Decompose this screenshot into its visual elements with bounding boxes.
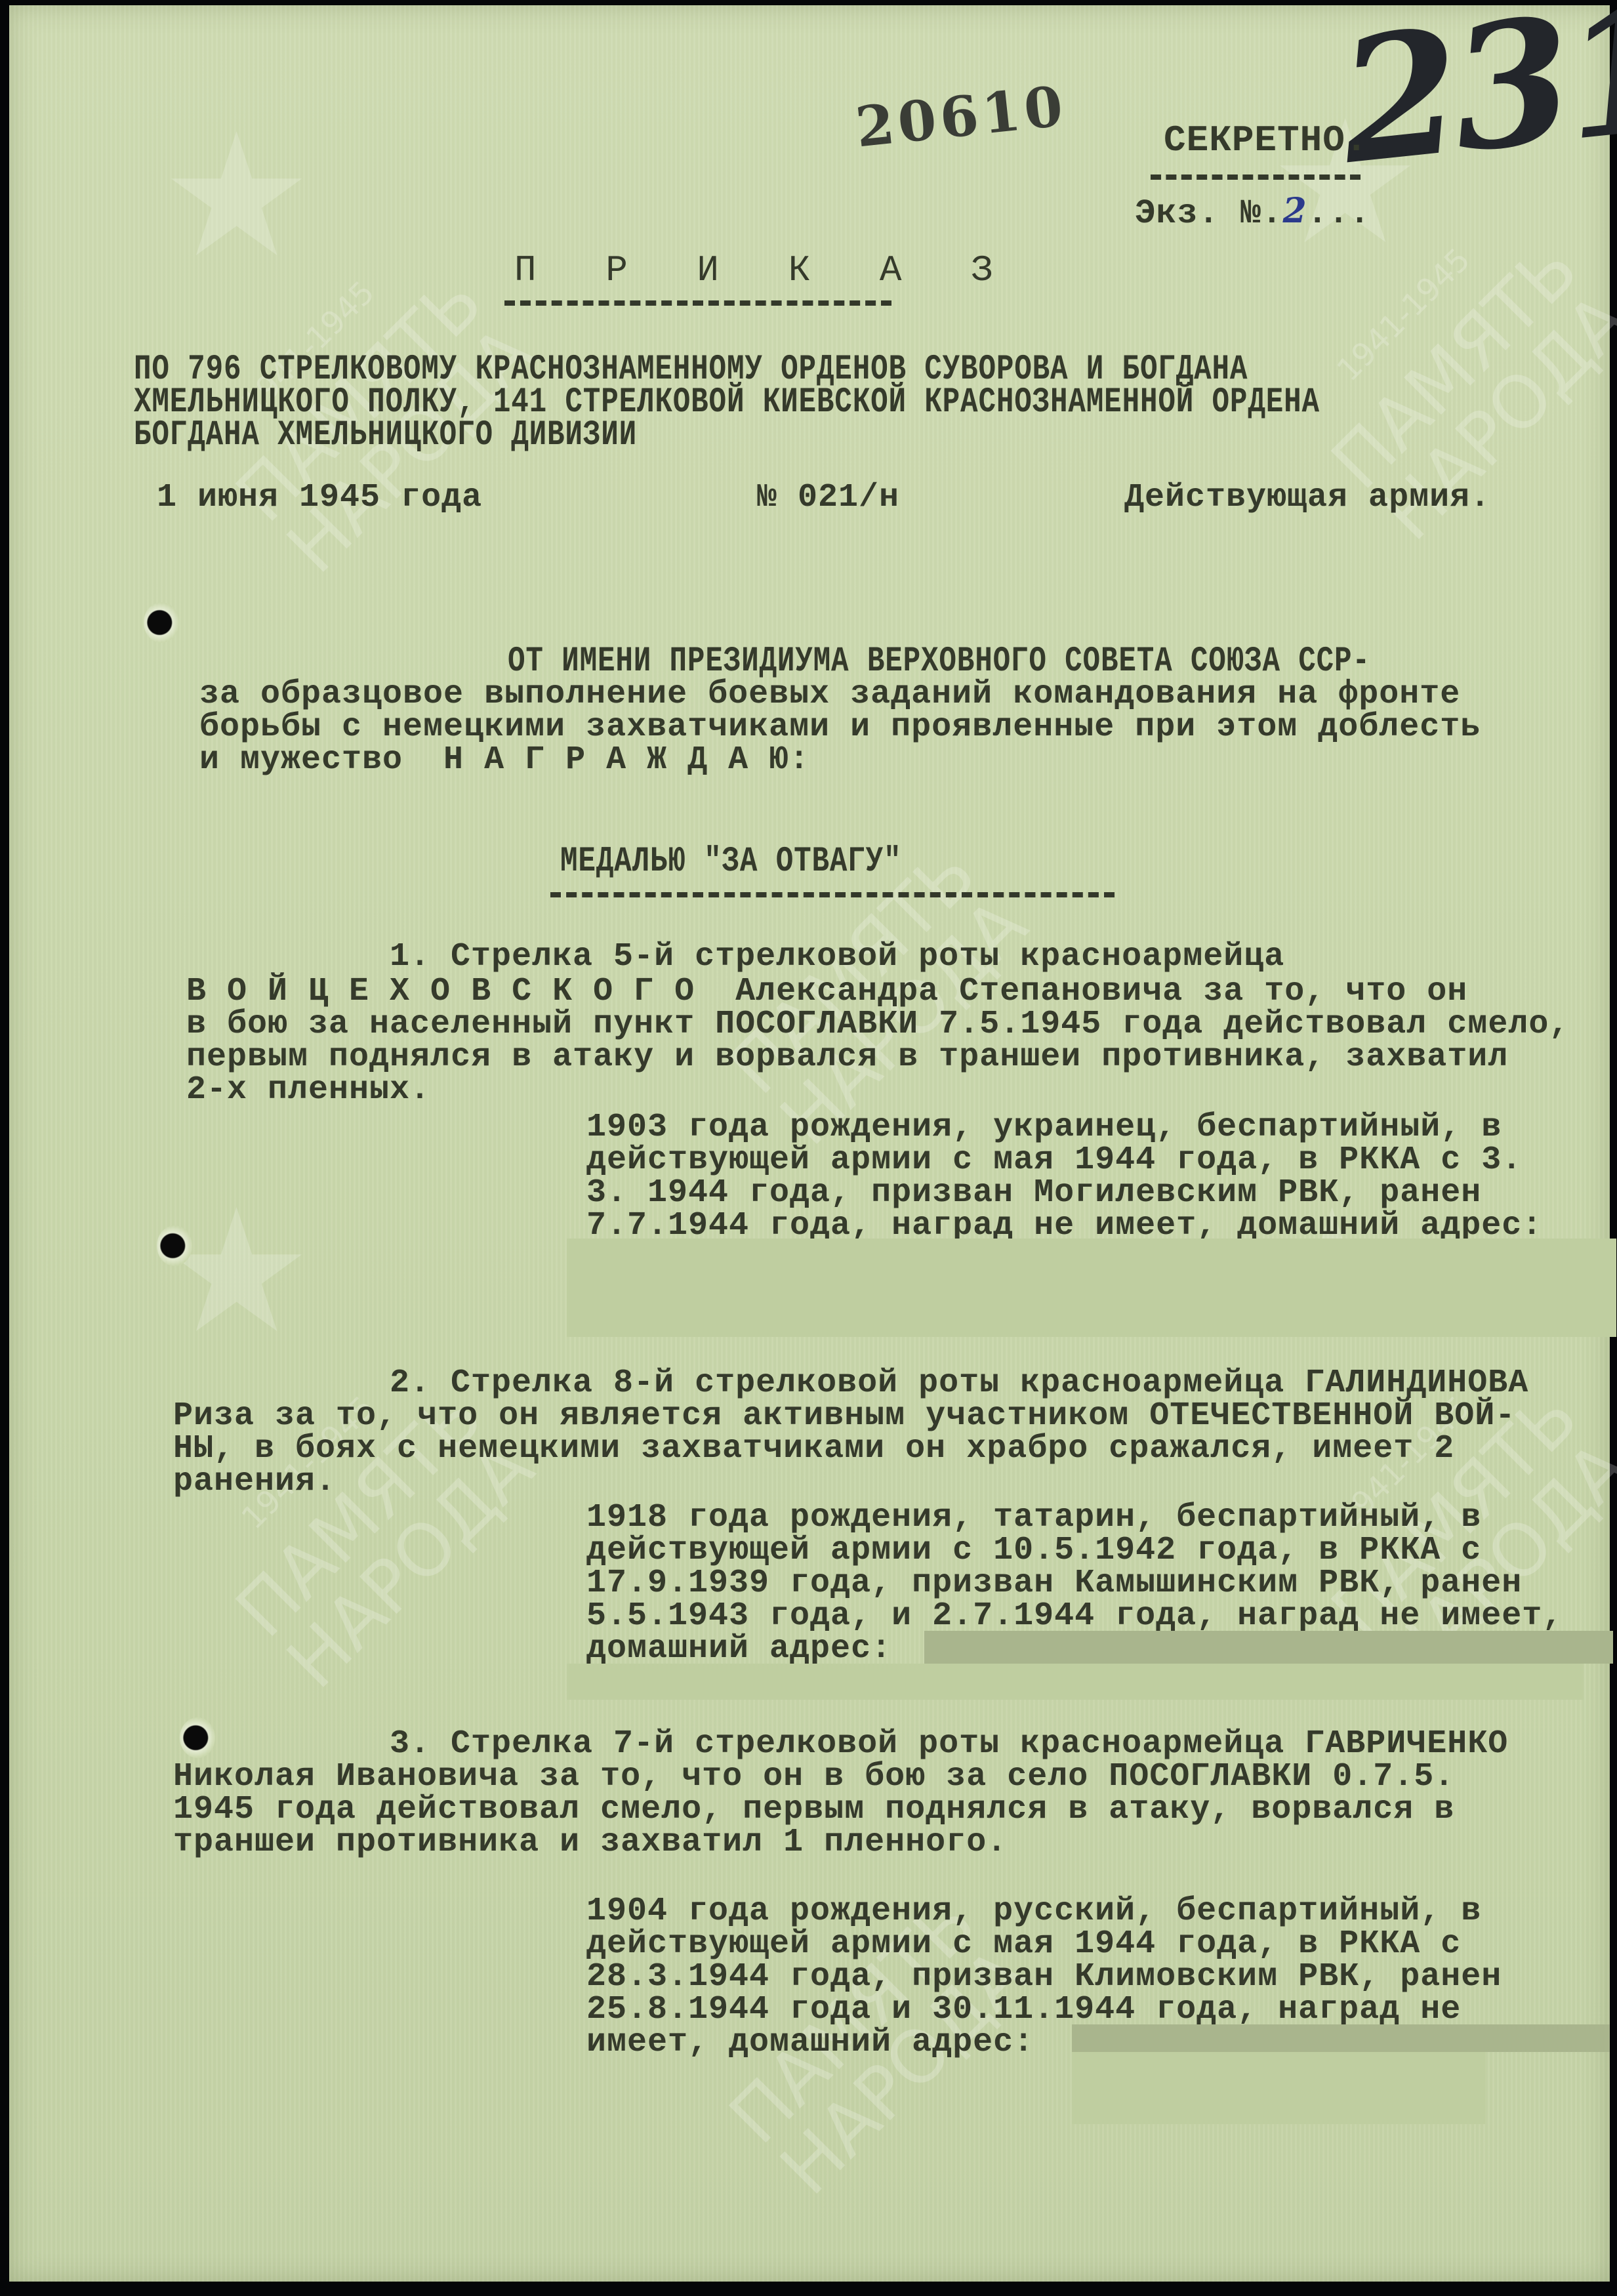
preamble-line: ОТ ИМЕНИ ПРЕЗИДИУМА ВЕРХОВНОГО СОВЕТА СО… bbox=[508, 645, 1370, 679]
bio-line: 3. 1944 года, призван Могилевским РВК, р… bbox=[586, 1176, 1481, 1210]
watermark-star-icon: ★ bbox=[160, 97, 313, 295]
bio-line: домашний адрес: bbox=[586, 1632, 891, 1666]
title-underline bbox=[504, 300, 891, 306]
citation-line: НЫ, в боях с немецкими захватчиками он х… bbox=[173, 1432, 1454, 1466]
citation-line: первым поднялся в атаку и ворвался в тра… bbox=[186, 1040, 1508, 1075]
punch-hole bbox=[157, 1225, 192, 1266]
citation-line: 1. Стрелка 5-й стрелковой роты красноарм… bbox=[390, 940, 1284, 974]
document-title: П Р И К А З bbox=[514, 253, 1017, 287]
bio-line: 1918 года рождения, татарин, беспартийны… bbox=[586, 1501, 1481, 1535]
order-date: 1 июня 1945 года bbox=[157, 481, 482, 515]
copy-number: Экз. №.2... bbox=[1135, 194, 1370, 231]
citation-line: траншеи противника и захватил 1 пленного… bbox=[173, 1826, 1007, 1860]
citation-line: 2-х пленных. bbox=[186, 1073, 430, 1107]
citation-line: ранения. bbox=[173, 1465, 336, 1499]
bio-line: имеет, домашний адрес: bbox=[586, 2026, 1034, 2060]
bio-line: 1903 года рождения, украинец, беспартийн… bbox=[586, 1111, 1502, 1145]
classification-label: СЕКРЕТНО. bbox=[1164, 123, 1368, 157]
bio-line: 5.5.1943 года, и 2.7.1944 года, наград н… bbox=[586, 1599, 1563, 1633]
preamble-line: борьбы с немецкими захватчиками и проявл… bbox=[199, 710, 1481, 745]
handwritten-sheet-number: 231 bbox=[1331, 0, 1617, 203]
bio-line: 17.9.1939 года, призван Камышинским РВК,… bbox=[586, 1567, 1522, 1601]
award-heading: МЕДАЛЬЮ "ЗА ОТВАГУ" bbox=[560, 845, 901, 879]
redacted-address bbox=[1072, 2052, 1485, 2124]
bio-line: 25.8.1944 года и 30.11.1944 года, наград… bbox=[586, 1993, 1461, 2027]
citation-line: Николая Ивановича за то, что он в бою за… bbox=[173, 1760, 1454, 1794]
redacted-address bbox=[567, 1239, 1616, 1337]
preamble-line: и мужество Н А Г Р А Ж Д А Ю: bbox=[199, 743, 809, 777]
classification-underline bbox=[1151, 174, 1361, 180]
citation-line: в бою за населенный пункт ПОСОГЛАВКИ 7.5… bbox=[186, 1008, 1569, 1042]
addressee-line: БОГДАНА ХМЕЛЬНИЦКОГО ДИВИЗИИ bbox=[134, 419, 637, 453]
watermark-star-icon: ★ bbox=[160, 1173, 313, 1371]
copy-suffix: ... bbox=[1307, 194, 1371, 233]
citation-line: В О Й Ц Е Х О В С К О Г О Александра Сте… bbox=[186, 975, 1467, 1009]
punch-hole bbox=[180, 1717, 215, 1758]
bio-line: действующей армии с 10.5.1942 года, в РК… bbox=[586, 1534, 1481, 1568]
document-page: ★ 1941-1945ПАМЯТЬ НАРОДА ★ 1941-1945ПАМЯ… bbox=[9, 5, 1610, 2282]
copy-label: Экз. №. bbox=[1135, 194, 1282, 233]
bio-line: действующей армии с мая 1944 года, в РКК… bbox=[586, 1927, 1461, 1961]
citation-line: 2. Стрелка 8-й стрелковой роты красноарм… bbox=[390, 1366, 1528, 1401]
order-number: № 021/н bbox=[757, 481, 899, 515]
redacted-address bbox=[1072, 2024, 1610, 2052]
bio-line: действующей армии с мая 1944 года, в РКК… bbox=[586, 1143, 1522, 1178]
citation-line: Риза за то, что он является активным уча… bbox=[173, 1399, 1515, 1433]
citation-line: 3. Стрелка 7-й стрелковой роты красноарм… bbox=[390, 1727, 1508, 1761]
archive-number: 20610 bbox=[853, 73, 1070, 159]
award-heading-underline bbox=[550, 892, 1115, 897]
redacted-address bbox=[567, 1664, 1584, 1700]
copy-number-handwritten: 2 bbox=[1282, 191, 1307, 231]
order-location: Действующая армия. bbox=[1124, 481, 1490, 515]
bio-line: 1904 года рождения, русский, беспартийны… bbox=[586, 1895, 1481, 1929]
citation-line: 1945 года действовал смело, первым подня… bbox=[173, 1793, 1454, 1827]
punch-hole bbox=[144, 602, 179, 643]
bio-line: 28.3.1944 года, призван Климовским РВК, … bbox=[586, 1960, 1502, 1994]
redacted-address bbox=[924, 1631, 1613, 1664]
preamble-line: за образцовое выполнение боевых заданий … bbox=[199, 678, 1460, 712]
